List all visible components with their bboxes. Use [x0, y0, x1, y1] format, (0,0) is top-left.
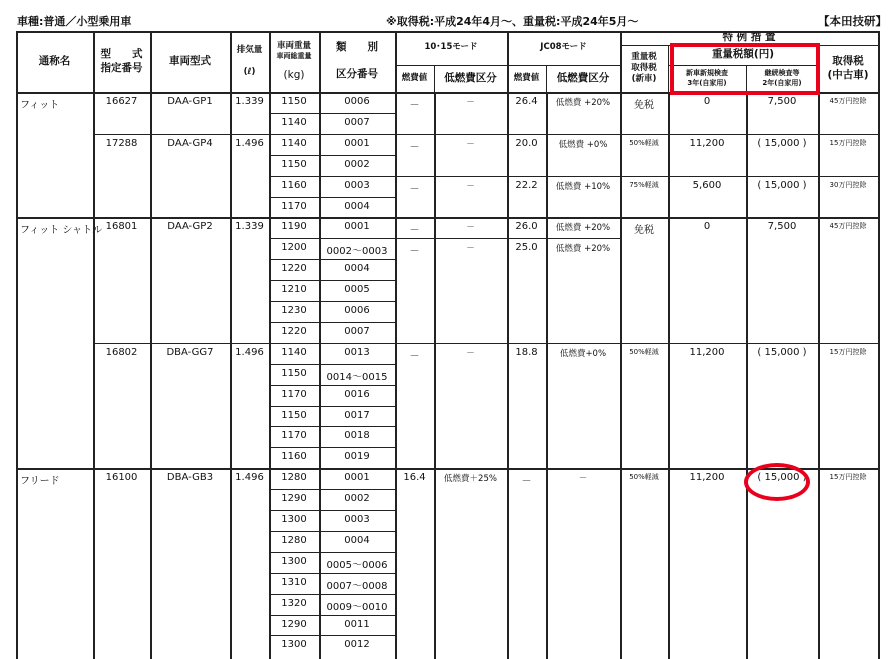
fuel-value-1015: 16.4 — [395, 468, 434, 656]
header-vline — [818, 45, 819, 92]
fuel-value-1015: － — [395, 176, 434, 218]
fuel-value-jc08: 18.8 — [507, 343, 546, 468]
subrow-line — [269, 197, 395, 198]
body-vline — [230, 92, 232, 659]
subrow-line — [269, 531, 395, 532]
header-acq-tax-used: 取得税(中古車) — [818, 45, 878, 92]
vehicle-weight: 1300 — [269, 552, 319, 573]
vehicle-weight: 1280 — [269, 468, 319, 489]
model-line — [93, 343, 878, 345]
acq-tax-used: 45万円控除 — [818, 217, 878, 342]
vehicle-weight: 1170 — [269, 385, 319, 406]
category-no: 0001 — [319, 217, 395, 238]
fuel-value-1015: － — [395, 92, 434, 134]
vehicle-weight: 1290 — [269, 489, 319, 510]
vehicle-weight: 1150 — [269, 92, 319, 113]
subrow-line — [269, 489, 395, 490]
fuel-value-jc08: 25.0 — [507, 238, 546, 343]
subrow-line — [269, 447, 395, 448]
vehicle-name: フィット — [16, 92, 93, 217]
header-vline — [546, 65, 547, 92]
header-vline — [269, 31, 271, 92]
displacement: 1.496 — [230, 134, 269, 218]
fuel-value-1015: － — [395, 343, 434, 468]
type-designation-no: 16802 — [93, 343, 150, 468]
low-fuel-category-1015: － — [434, 217, 507, 238]
vehicle-weight: 1140 — [269, 134, 319, 155]
low-fuel-category-1015: － — [434, 134, 507, 176]
category-no: 0017 — [319, 406, 395, 427]
vehicle-weight: 1190 — [269, 217, 319, 238]
vehicle-weight: 1300 — [269, 635, 319, 656]
body-vline — [269, 92, 271, 659]
acq-tax-used: 45万円控除 — [818, 92, 878, 134]
category-no: 0002 — [319, 155, 395, 176]
header-vline — [395, 31, 397, 92]
subrow-line — [269, 155, 395, 156]
fuel-value-1015: － — [395, 134, 434, 176]
header-special-measures: 特 例 措 置 — [620, 31, 878, 45]
low-fuel-category-jc08: 低燃費+0% — [546, 343, 620, 468]
body-vline — [818, 92, 820, 659]
body-vline — [507, 92, 509, 659]
new-inspection-tax: 11,200 — [668, 468, 746, 656]
body-vline — [746, 92, 748, 659]
type-designation-no: 16801 — [93, 217, 150, 342]
subrow-line — [269, 280, 395, 281]
category-no: 0011 — [319, 615, 395, 636]
vehicle-weight: 1200 — [269, 238, 319, 259]
body-vline — [395, 92, 397, 659]
subrow-line — [269, 238, 395, 239]
subrow-line — [269, 510, 395, 511]
vehicle-weight: 1140 — [269, 343, 319, 364]
subrow-line — [269, 573, 395, 574]
header-vline — [319, 31, 321, 92]
vehicle-weight: 1150 — [269, 364, 319, 385]
continued-inspection-tax: 7,500 — [746, 92, 818, 134]
category-no: 0002～0003 — [319, 238, 395, 259]
body-vline — [434, 92, 436, 659]
vehicle-weight: 1150 — [269, 155, 319, 176]
body-vline — [878, 92, 880, 659]
new-inspection-tax: 5,600 — [668, 176, 746, 218]
vehicle-weight: 1150 — [269, 406, 319, 427]
vehicle-model: DBA-GG7 — [150, 343, 230, 468]
category-no: 0004 — [319, 197, 395, 218]
category-no: 0012 — [319, 635, 395, 656]
category-no: 0019 — [319, 447, 395, 468]
category-no: 0001 — [319, 468, 395, 489]
category-no: 0006 — [319, 92, 395, 113]
acq-tax-used: 15万円控除 — [818, 468, 878, 656]
fuel-value-1015: － — [395, 238, 434, 343]
weight-tax-new: 50%軽減 — [620, 468, 668, 656]
subrow-line — [269, 259, 395, 260]
subrow-line — [269, 385, 395, 386]
acq-tax-used: 15万円控除 — [818, 343, 878, 468]
vehicle-model: DAA-GP1 — [150, 92, 230, 134]
vehicle-weight: 1300 — [269, 510, 319, 531]
displacement: 1.496 — [230, 343, 269, 468]
weight-tax-new: 50%軽減 — [620, 134, 668, 176]
header-weight-tax-new: 重量税取得税(新車) — [620, 45, 668, 92]
header-category: 類 別区分番号 — [319, 31, 395, 92]
category-no: 0003 — [319, 176, 395, 197]
category-no: 0014～0015 — [319, 364, 395, 385]
vehicle-name: フリード — [16, 468, 93, 656]
header-new-inspection: 新車新規検査3年(自家用) — [668, 65, 746, 92]
header-vline — [230, 31, 232, 92]
subrow-line — [269, 615, 395, 616]
vehicle-weight: 1280 — [269, 531, 319, 552]
header-vline — [16, 31, 18, 92]
fuel-value-jc08: 20.0 — [507, 134, 546, 176]
vehicle-weight: 1310 — [269, 573, 319, 594]
vehicle-name: フィット シャトル — [16, 217, 93, 468]
low-fuel-category-1015: － — [434, 92, 507, 134]
body-vline — [620, 92, 622, 659]
low-fuel-category-jc08: － — [546, 468, 620, 656]
subrow-line — [269, 426, 395, 427]
vehicle-weight: 1140 — [269, 113, 319, 134]
body-vline — [93, 92, 95, 659]
category-no: 0007～0008 — [319, 573, 395, 594]
header-vline — [620, 31, 622, 92]
weight-tax-new: 免税 — [620, 92, 668, 134]
vehicle-weight: 1320 — [269, 594, 319, 615]
header-low-fuel-jc08: 低燃費区分 — [546, 65, 620, 92]
category-no: 0013 — [319, 343, 395, 364]
continued-inspection-tax: ( 15,000 ) — [746, 134, 818, 176]
header-vline — [434, 65, 435, 92]
fuel-value-1015: － — [395, 217, 434, 238]
fuel-value-jc08: 22.2 — [507, 176, 546, 218]
subrow-line — [269, 552, 395, 553]
vehicle-model: DAA-GP2 — [150, 217, 230, 342]
low-fuel-category-1015: － — [434, 343, 507, 468]
fuel-value-jc08: 26.0 — [507, 217, 546, 238]
vehicle-weight: 1160 — [269, 176, 319, 197]
low-fuel-category-jc08: 低燃費 +20% — [546, 238, 620, 343]
header-vline — [150, 31, 152, 92]
subrow-line — [269, 635, 395, 636]
subrow-line — [269, 176, 395, 177]
body-vline — [16, 92, 18, 659]
category-no: 0005 — [319, 280, 395, 301]
subrow-line — [269, 594, 395, 595]
vehicle-weight: 1220 — [269, 259, 319, 280]
displacement: 1.496 — [230, 468, 269, 656]
low-fuel-category-1015: 低燃費＋25% — [434, 468, 507, 656]
vehicle-weight: 1160 — [269, 447, 319, 468]
category-no: 0016 — [319, 385, 395, 406]
header-vline — [878, 31, 880, 92]
tax-table: 通称名型 式指定番号車両型式排気量(ℓ)車両重量車両総重量(kg)類 別区分番号… — [0, 0, 894, 659]
displacement: 1.339 — [230, 217, 269, 342]
header-weight: 車両重量車両総重量(kg) — [269, 31, 319, 92]
header-low-fuel-1015: 低燃費区分 — [434, 65, 507, 92]
vehicle-weight: 1220 — [269, 322, 319, 343]
type-designation-no: 16627 — [93, 92, 150, 134]
weight-tax-new: 75%軽減 — [620, 176, 668, 218]
group-line — [16, 217, 878, 219]
vehicle-weight: 1230 — [269, 301, 319, 322]
header-line — [668, 65, 818, 66]
continued-inspection-tax: ( 15,000 ) — [746, 176, 818, 218]
subrow-line — [269, 364, 395, 365]
subrow-line — [269, 301, 395, 302]
tax-block-line — [620, 176, 878, 177]
fuel-value-jc08: 26.4 — [507, 92, 546, 134]
displacement: 1.339 — [230, 92, 269, 134]
header-displacement: 排気量(ℓ) — [230, 31, 269, 92]
fuel-value-jc08: － — [507, 468, 546, 656]
category-no: 0004 — [319, 259, 395, 280]
body-vline — [319, 92, 321, 659]
subrow-line — [269, 406, 395, 407]
header-fuel-value-1015: 燃費値 — [395, 65, 434, 92]
header-name: 通称名 — [16, 31, 93, 92]
header-weight-tax-amount: 重量税額(円) — [668, 45, 818, 65]
new-inspection-tax: 11,200 — [668, 134, 746, 176]
vehicle-weight: 1290 — [269, 615, 319, 636]
category-no: 0002 — [319, 489, 395, 510]
low-fuel-category-jc08: 低燃費 +20% — [546, 217, 620, 238]
body-vline — [150, 92, 152, 659]
category-no: 0004 — [319, 531, 395, 552]
header-vline — [93, 31, 95, 92]
weight-tax-new: 50%軽減 — [620, 343, 668, 468]
category-no: 0001 — [319, 134, 395, 155]
low-fuel-category-1015: － — [434, 176, 507, 218]
low-fuel-category-1015: － — [434, 238, 507, 343]
new-inspection-tax: 11,200 — [668, 343, 746, 468]
low-fuel-category-jc08: 低燃費 +10% — [546, 176, 620, 218]
header-continued-inspection: 継続検査等2年(自家用) — [746, 65, 818, 92]
subrow-line — [269, 113, 395, 114]
category-no: 0003 — [319, 510, 395, 531]
acq-tax-used: 15万円控除 — [818, 134, 878, 176]
body-vline — [546, 92, 548, 659]
header-mode-1015: 10･15モード — [395, 31, 507, 65]
vehicle-weight: 1170 — [269, 426, 319, 447]
low-fuel-category-jc08: 低燃費 +20% — [546, 92, 620, 134]
continued-inspection-tax: ( 15,000 ) — [746, 468, 818, 656]
category-no: 0005～0006 — [319, 552, 395, 573]
header-fuel-value-jc08: 燃費値 — [507, 65, 546, 92]
vehicle-model: DBA-GB3 — [150, 468, 230, 656]
acq-tax-used: 30万円控除 — [818, 176, 878, 218]
vehicle-weight: 1210 — [269, 280, 319, 301]
header-top-line — [16, 31, 879, 33]
category-no: 0007 — [319, 113, 395, 134]
continued-inspection-tax: 7,500 — [746, 217, 818, 342]
new-inspection-tax: 0 — [668, 217, 746, 342]
continued-inspection-tax: ( 15,000 ) — [746, 343, 818, 468]
header-model: 車両型式 — [150, 31, 230, 92]
group-line — [16, 468, 878, 470]
weight-tax-new: 免税 — [620, 217, 668, 342]
category-no: 0007 — [319, 322, 395, 343]
header-vline — [507, 31, 509, 92]
vehicle-weight: 1170 — [269, 197, 319, 218]
subrow-line — [269, 322, 395, 323]
type-designation-no: 16100 — [93, 468, 150, 656]
header-type-no: 型 式指定番号 — [93, 31, 150, 92]
category-no: 0006 — [319, 301, 395, 322]
body-vline — [668, 92, 670, 659]
low-fuel-category-jc08: 低燃費 +0% — [546, 134, 620, 176]
category-no: 0009～0010 — [319, 594, 395, 615]
header-vline — [668, 45, 669, 92]
category-no: 0018 — [319, 426, 395, 447]
new-inspection-tax: 0 — [668, 92, 746, 134]
model-line — [93, 134, 878, 136]
header-line — [620, 45, 878, 46]
type-designation-no: 17288 — [93, 134, 150, 218]
header-mode-jc08: JC08モード — [507, 31, 620, 65]
vehicle-model: DAA-GP4 — [150, 134, 230, 218]
header-vline — [746, 65, 747, 92]
